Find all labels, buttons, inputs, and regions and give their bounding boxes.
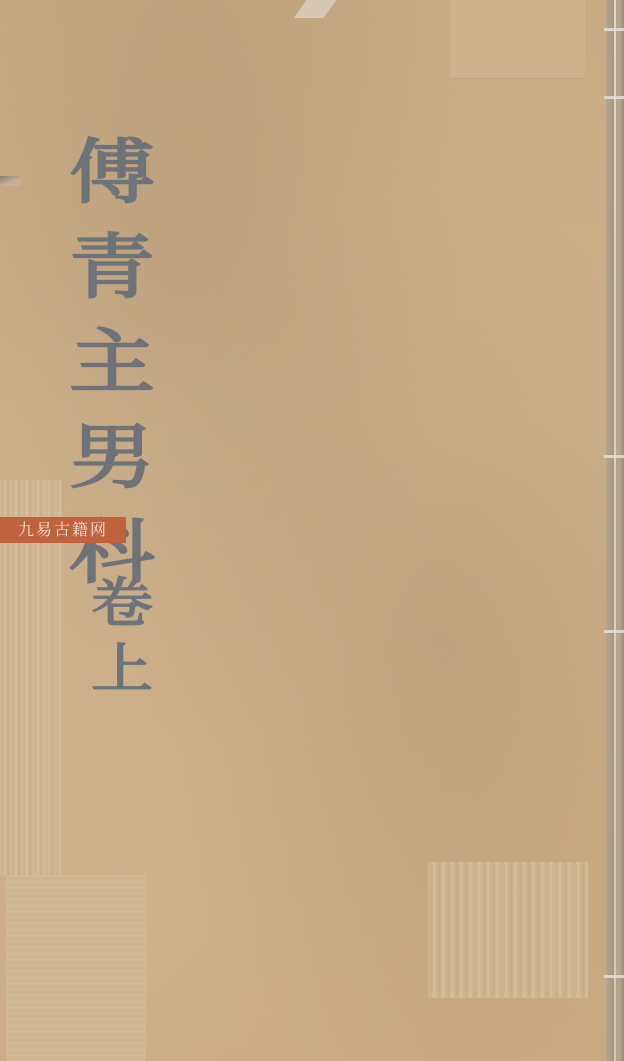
binding-thread (614, 0, 616, 1061)
title-char: 主 (69, 324, 155, 402)
book-cover: 傅 青 主 男 科 卷 上 九易古籍网 (0, 0, 624, 1061)
title-char: 傅 (69, 134, 155, 212)
left-edge-fold (0, 176, 22, 186)
title-char: 男 (69, 419, 155, 497)
binding-stitch (604, 455, 624, 458)
volume-char: 上 (91, 641, 153, 697)
volume-label: 卷 上 (82, 570, 162, 702)
volume-char: 卷 (91, 575, 153, 631)
book-spine (606, 0, 624, 1061)
repair-patch-bottom-left (6, 875, 146, 1061)
title-char: 青 (69, 229, 155, 307)
binding-stitch (604, 28, 624, 31)
repair-patch-bottom-right (428, 862, 588, 998)
binding-stitch (604, 630, 624, 633)
repair-patch-top-right (450, 0, 585, 79)
binding-stitch (604, 96, 624, 99)
binding-stitch (604, 975, 624, 978)
watermark-banner: 九易古籍网 (0, 517, 126, 543)
torn-corner (294, 0, 337, 18)
